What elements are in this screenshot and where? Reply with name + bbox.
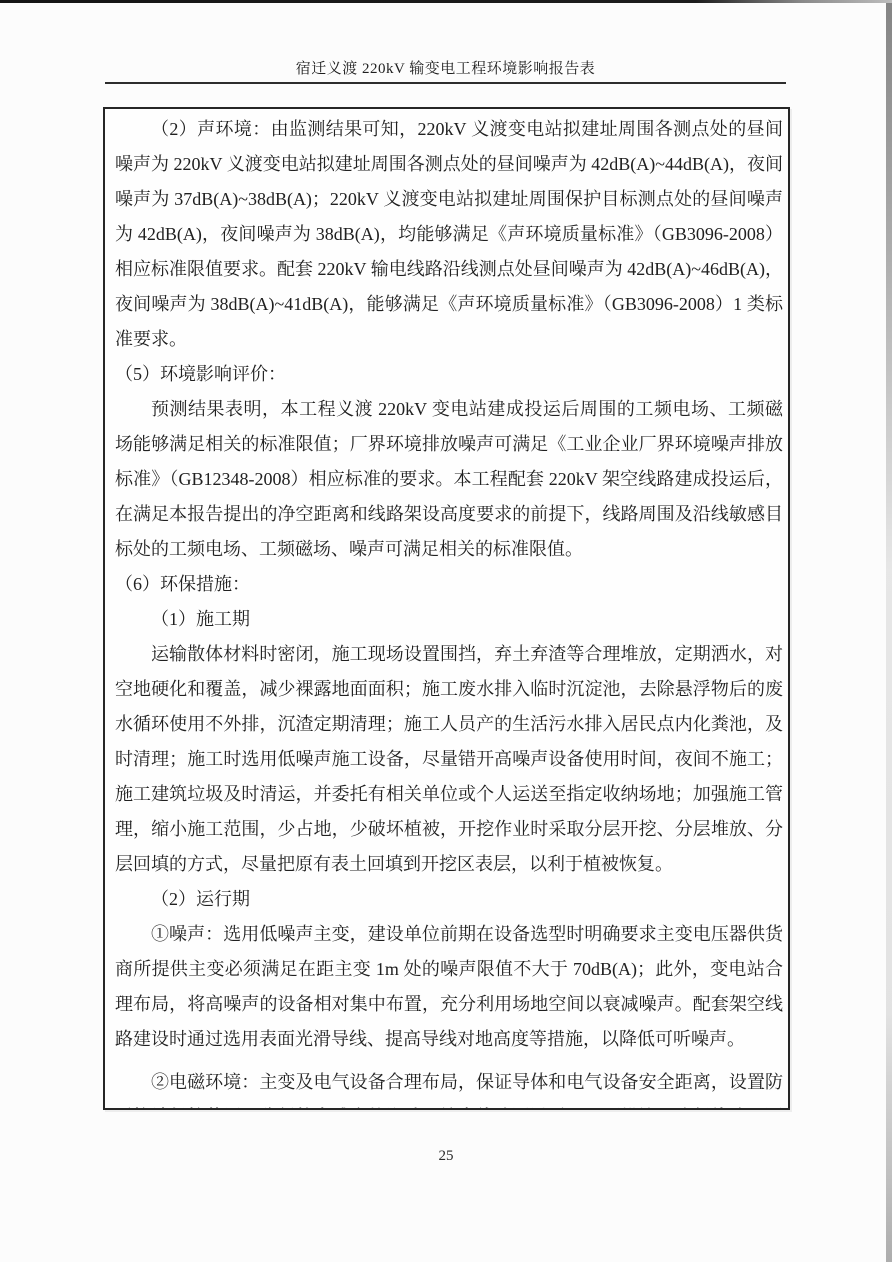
paragraph: （2）运行期 — [115, 882, 783, 917]
report-body: （2）声环境：由监测结果可知，220kV 义渡变电站拟建址周围各测点处的昼间噪声… — [105, 109, 788, 1110]
running-header-title: 宿迁义渡 220kV 输变电工程环境影响报告表 — [105, 57, 786, 78]
document-page: 宿迁义渡 220kV 输变电工程环境影响报告表 （2）声环境：由监测结果可知，2… — [0, 0, 892, 1262]
paragraph: （5）环境影响评价： — [115, 357, 783, 392]
scan-artifact-top-edge — [0, 0, 892, 3]
report-table-cell: （2）声环境：由监测结果可知，220kV 义渡变电站拟建址周围各测点处的昼间噪声… — [103, 107, 790, 1110]
paragraph: ①噪声：选用低噪声主变，建设单位前期在设备选型时明确要求主变电压器供货商所提供主… — [115, 917, 783, 1057]
paragraph: 运输散体材料时密闭，施工现场设置围挡，弃土弃渣等合理堆放，定期洒水，对空地硬化和… — [115, 637, 783, 882]
header-rule — [105, 82, 786, 84]
page-number: 25 — [0, 1148, 892, 1165]
paragraph: ②电磁环境：主变及电气设备合理布局，保证导体和电气设备安全距离，设置防雷接地保护… — [115, 1065, 783, 1110]
paragraph: （1）施工期 — [115, 602, 783, 637]
scan-artifact-right-edge — [886, 3, 892, 1262]
paragraph: （6）环保措施： — [115, 567, 783, 602]
paragraph: 预测结果表明，本工程义渡 220kV 变电站建成投运后周围的工频电场、工频磁场能… — [115, 392, 783, 567]
paragraph: （2）声环境：由监测结果可知，220kV 义渡变电站拟建址周围各测点处的昼间噪声… — [115, 112, 783, 357]
